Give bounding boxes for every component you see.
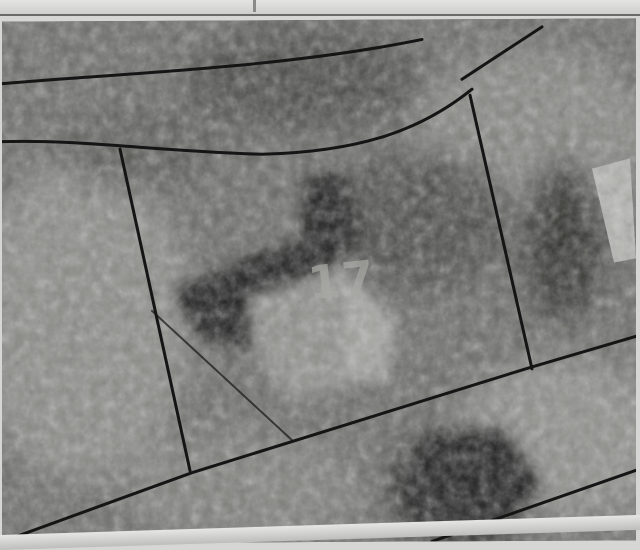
- lot-number-label: 17: [305, 250, 378, 311]
- paper-margin-top: [0, 0, 640, 16]
- paper-fold-mark: [253, 0, 256, 12]
